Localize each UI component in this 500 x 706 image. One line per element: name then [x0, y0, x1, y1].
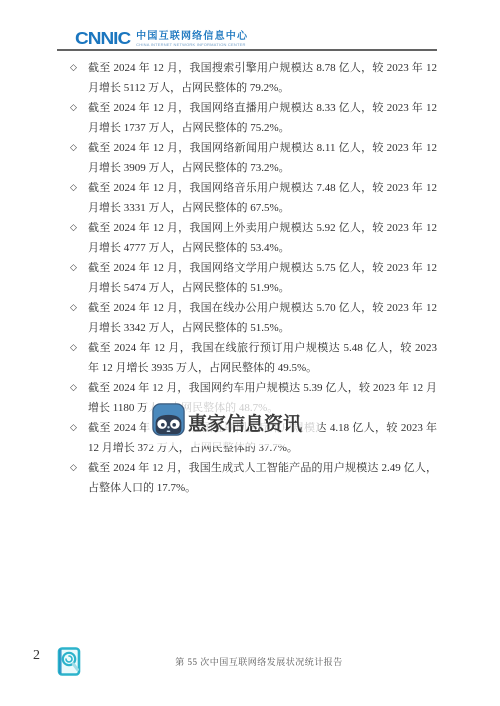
watermark-text: 惠家信息资讯	[188, 409, 302, 436]
list-item: ◇ 截至 2024 年 12 月，我国网络音乐用户规模达 7.48 亿人，较 2…	[70, 178, 438, 218]
list-item-text: 截至 2024 年 12 月，我国网上外卖用户规模达 5.92 亿人，较 202…	[88, 218, 437, 258]
list-item: ◇ 截至 2024 年 12 月，我国生成式人工智能产品的用户规模达 2.49 …	[70, 458, 438, 498]
org-name-chinese: 中国互联网络信息中心	[136, 31, 248, 42]
list-item: ◇ 截至 2024 年 12 月，我国在线旅行预订用户规模达 5.48 亿人，较…	[70, 338, 438, 378]
report-page: CNNIC 中国互联网络信息中心 CHINA INTERNET NETWORK …	[0, 0, 500, 706]
report-title: 第 55 次中国互联网络发展状况统计报告	[0, 655, 500, 668]
page-header: CNNIC 中国互联网络信息中心 CHINA INTERNET NETWORK …	[0, 0, 500, 52]
robot-head-logo-icon	[152, 403, 185, 441]
list-item: ◇ 截至 2024 年 12 月，我国网络直播用户规模达 8.33 亿人，较 2…	[70, 98, 438, 138]
list-item-text: 截至 2024 年 12 月，我国网络直播用户规模达 8.33 亿人，较 202…	[88, 98, 437, 138]
diamond-bullet-icon: ◇	[70, 138, 88, 158]
cnnic-logo: CNNIC 中国互联网络信息中心 CHINA INTERNET NETWORK …	[75, 31, 248, 49]
list-item-text: 截至 2024 年 12 月，我国在线旅行预订用户规模达 5.48 亿人，较 2…	[88, 338, 437, 378]
diamond-bullet-icon: ◇	[70, 298, 88, 318]
list-item: ◇ 截至 2024 年 12 月，我国网络新闻用户规模达 8.11 亿人，较 2…	[70, 138, 438, 178]
diamond-bullet-icon: ◇	[70, 218, 88, 238]
list-item-text: 截至 2024 年 12 月，我国在线办公用户规模达 5.70 亿人，较 202…	[88, 298, 437, 338]
list-item: ◇ 截至 2024 年 12 月，我国在线办公用户规模达 5.70 亿人，较 2…	[70, 298, 438, 338]
list-item: ◇ 截至 2024 年 12 月，我国搜索引擎用户规模达 8.78 亿人，较 2…	[70, 58, 438, 98]
list-item-text: 截至 2024 年 12 月，我国生成式人工智能产品的用户规模达 2.49 亿人…	[88, 458, 437, 498]
header-divider	[57, 49, 437, 51]
diamond-bullet-icon: ◇	[70, 378, 88, 398]
diamond-bullet-icon: ◇	[70, 418, 88, 438]
page-footer: 2 第 55 次中国互联网络发展状况统计报告	[0, 640, 500, 690]
diamond-bullet-icon: ◇	[70, 338, 88, 358]
diamond-bullet-icon: ◇	[70, 458, 88, 478]
list-item-text: 截至 2024 年 12 月，我国网络文学用户规模达 5.75 亿人，较 202…	[88, 258, 437, 298]
diamond-bullet-icon: ◇	[70, 98, 88, 118]
diamond-bullet-icon: ◇	[70, 58, 88, 78]
list-item-text: 截至 2024 年 12 月，我国搜索引擎用户规模达 8.78 亿人，较 202…	[88, 58, 437, 98]
list-item-text: 截至 2024 年 12 月，我国网络新闻用户规模达 8.11 亿人，较 202…	[88, 138, 437, 178]
diamond-bullet-icon: ◇	[70, 258, 88, 278]
list-item-text: 截至 2024 年 12 月，我国网络音乐用户规模达 7.48 亿人，较 202…	[88, 178, 437, 218]
diamond-bullet-icon: ◇	[70, 178, 88, 198]
list-item: ◇ 截至 2024 年 12 月，我国网络文学用户规模达 5.75 亿人，较 2…	[70, 258, 438, 298]
org-name-english: CHINA INTERNET NETWORK INFORMATION CENTE…	[136, 42, 248, 47]
site-watermark: 惠家信息资讯	[146, 396, 318, 446]
list-item: ◇ 截至 2024 年 12 月，我国网上外卖用户规模达 5.92 亿人，较 2…	[70, 218, 438, 258]
cnnic-logo-text: CNNIC	[75, 31, 130, 48]
